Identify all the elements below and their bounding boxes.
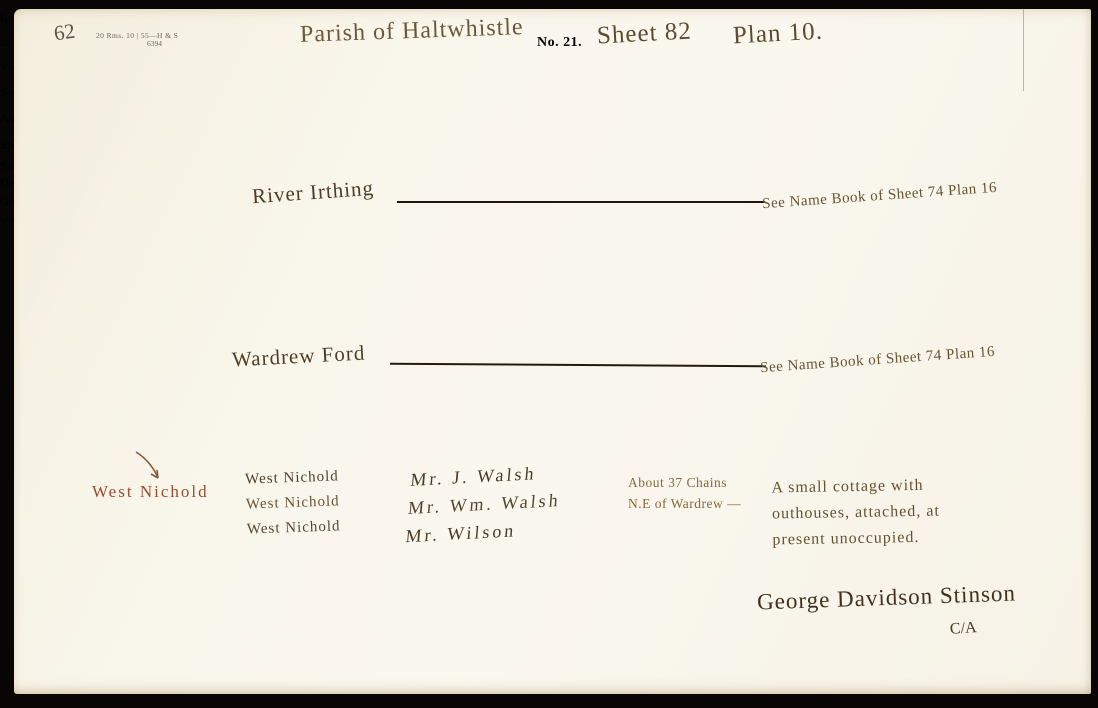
- row3-remarks-line1: A small cottage with: [771, 473, 939, 502]
- header-top-rule: [0, 2, 948, 3]
- row3-situation-line2: N.E of Wardrew —: [628, 493, 741, 514]
- sheet-number-script: Sheet 82: [596, 18, 692, 51]
- row3-spelling-1: West Nichold: [245, 464, 340, 492]
- row3-remarks: A small cottage with outhouses, attached…: [771, 473, 940, 554]
- row3-spelling-3: West Nichold: [246, 514, 341, 542]
- book-number-label: No. 21.: [537, 35, 582, 51]
- ink-speck: [0, 299, 7, 304]
- ink-speck: [0, 253, 15, 267]
- torn-paper-edge: [14, 9, 48, 694]
- row3-spelling-list: West Nichold West Nichold West Nichold: [245, 464, 341, 542]
- plan-number-script: Plan 10.: [732, 18, 823, 51]
- row3-remarks-line3: present unoccupied.: [772, 525, 940, 554]
- row3-remarks-line2: outhouses, attached, at: [772, 499, 940, 528]
- page-crease-line: [1023, 9, 1024, 91]
- row3-name-on-plan: West Nichold: [92, 482, 209, 502]
- margin-arrow-icon: [130, 450, 172, 486]
- row3-situation: About 37 Chains N.E of Wardrew —: [628, 472, 741, 514]
- examiner-role: C/A: [949, 619, 977, 639]
- row3-authority-list: Mr. J. Walsh Mr. Wm. Walsh Mr. Wilson: [404, 458, 564, 551]
- row1-ditto-line: [397, 201, 765, 203]
- row3-spelling-2: West Nichold: [246, 489, 341, 517]
- folio-number: 62: [52, 19, 76, 47]
- print-code-line2: 6394: [96, 39, 162, 48]
- row3-situation-line1: About 37 Chains: [628, 472, 741, 493]
